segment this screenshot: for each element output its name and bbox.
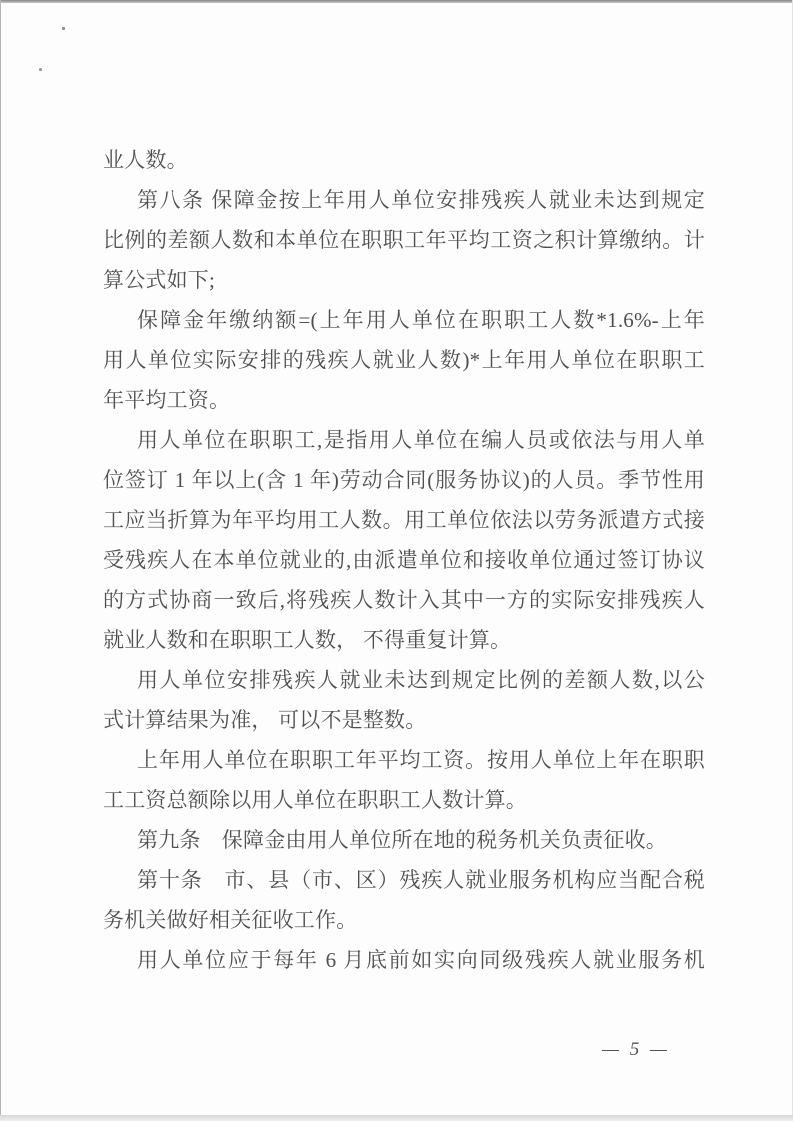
text-line: 用人单位实际安排的残疾人就业人数)*上年用人单位在职职工 [103,340,705,380]
text-line: 就业人数和在职职工人数， 不得重复计算。 [103,620,705,660]
text-line: 用人单位应于每年 6 月底前如实向同级残疾人就业服务机 [103,940,705,980]
text-line: 业人数。 [103,140,705,180]
text-line: 的方式协商一致后,将残疾人数计入其中一方的实际安排残疾人 [103,580,705,620]
text-line: 上年用人单位在职职工年平均工资。按用人单位上年在职职 [103,740,705,780]
text-line: 第九条 保障金由用人单位所在地的税务机关负责征收。 [103,820,705,860]
text-line: 用人单位安排残疾人就业未达到规定比例的差额人数,以公 [103,660,705,700]
text-line: 用人单位在职职工,是指用人单位在编人员或依法与用人单 [103,420,705,460]
text-line: 务机关做好相关征收工作。 [103,900,705,940]
scan-edge-left [0,0,1,1121]
text-line: 工工资总额除以用人单位在职职工人数计算。 [103,780,705,820]
text-line: 工应当折算为年平均用工人数。用工单位依法以劳务派遣方式接 [103,500,705,540]
text-line: 第十条 市、县（市、区）残疾人就业服务机构应当配合税 [103,860,705,900]
text-line: 受残疾人在本单位就业的,由派遣单位和接收单位通过签订协议 [103,540,705,580]
text-line: 比例的差额人数和本单位在职职工年平均工资之积计算缴纳。计 [103,220,705,260]
scanned-page: 业人数。 第八条 保障金按上年用人单位安排残疾人就业未达到规定 比例的差额人数和… [0,0,793,1121]
text-line: 位签订 1 年以上(含 1 年)劳动合同(服务协议)的人员。季节性用 [103,460,705,500]
scan-edge-top [0,0,793,3]
document-text: 业人数。 第八条 保障金按上年用人单位安排残疾人就业未达到规定 比例的差额人数和… [103,140,705,980]
text-line: 年平均工资。 [103,380,705,420]
text-line: 第八条 保障金按上年用人单位安排残疾人就业未达到规定 [103,180,705,220]
text-line: 式计算结果为准， 可以不是整数。 [103,700,705,740]
scan-edge-bottom [0,1115,793,1121]
scan-speck [39,68,42,71]
text-line: 算公式如下; [103,260,705,300]
text-line: 保障金年缴纳额=(上年用人单位在职职工人数*1.6%-上年 [103,300,705,340]
page-number: — 5 — [593,1031,679,1069]
scan-speck [62,27,65,30]
